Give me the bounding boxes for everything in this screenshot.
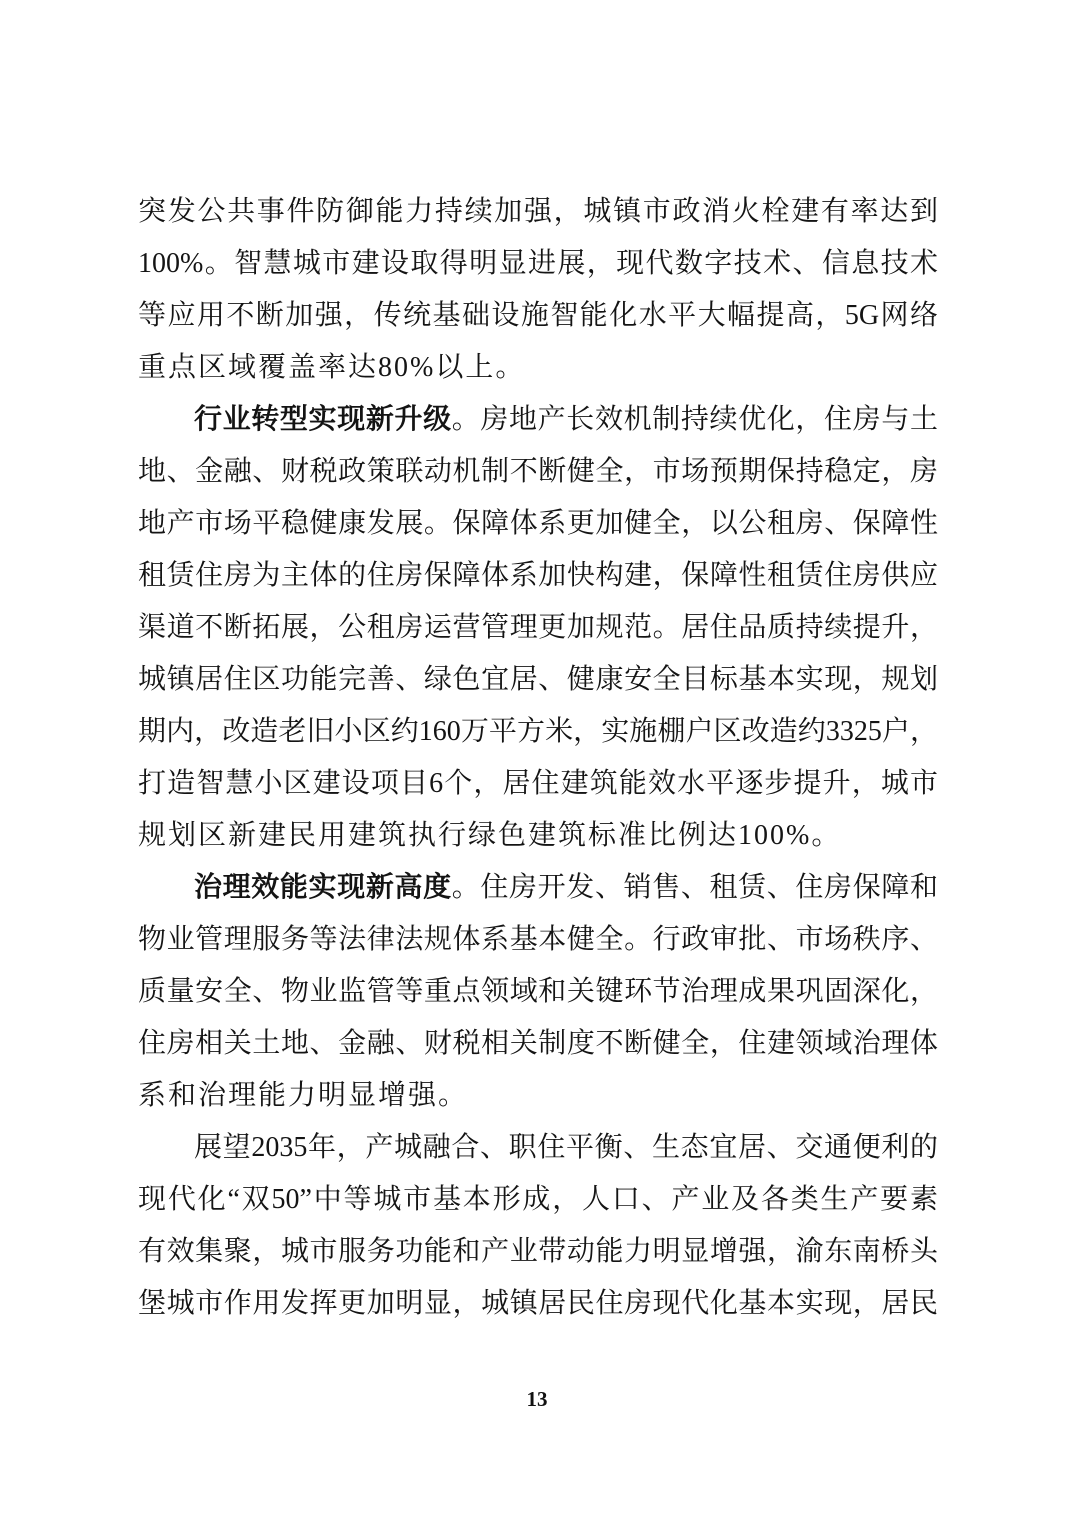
- text-line: 有效集聚，城市服务功能和产业带动能力明显增强，渝东南桥头: [138, 1226, 938, 1278]
- text-line: 质量安全、物业监管等重点领域和关键环节治理成果巩固深化，: [138, 966, 938, 1018]
- text-line: 物业管理服务等法律法规体系基本健全。行政审批、市场秩序、: [138, 914, 938, 966]
- text-line: 等应用不断加强，传统基础设施智能化水平大幅提高，5G网络: [138, 290, 938, 342]
- text-line: 期内，改造老旧小区约160万平方米，实施棚户区改造约3325户，: [138, 706, 938, 758]
- paragraph-lead-rest: 。房地产长效机制持续优化，住房与土: [452, 404, 938, 435]
- text-line: 突发公共事件防御能力持续加强，城镇市政消火栓建有率达到: [138, 186, 938, 238]
- text-line: 租赁住房为主体的住房保障体系加快构建，保障性租赁住房供应: [138, 550, 938, 602]
- paragraph-lead-rest: 。住房开发、销售、租赁、住房保障和: [452, 872, 938, 903]
- text-line: 城镇居住区功能完善、绿色宜居、健康安全目标基本实现，规划: [138, 654, 938, 706]
- text-line: 渠道不断拓展，公租房运营管理更加规范。居住品质持续提升，: [138, 602, 938, 654]
- text-line: 重点区域覆盖率达80%以上。: [138, 342, 938, 394]
- text-line: 地、金融、财税政策联动机制不断健全，市场预期保持稳定，房: [138, 446, 938, 498]
- text-line: 堡城市作用发挥更加明显，城镇居民住房现代化基本实现，居民: [138, 1278, 938, 1330]
- text-line: 系和治理能力明显增强。: [138, 1070, 938, 1122]
- text-line: 住房相关土地、金融、财税相关制度不断健全，住建领域治理体: [138, 1018, 938, 1070]
- text-line: 规划区新建民用建筑执行绿色建筑标准比例达100%。: [138, 810, 938, 862]
- document-page: 突发公共事件防御能力持续加强，城镇市政消火栓建有率达到 100%。智慧城市建设取…: [0, 0, 1074, 1519]
- text-line: 展望2035年，产城融合、职住平衡、生态宜居、交通便利的: [138, 1122, 938, 1174]
- paragraph-lead-bold: 行业转型实现新升级: [194, 404, 452, 435]
- paragraph-lead-bold: 治理效能实现新高度: [194, 872, 452, 903]
- page-number: 13: [0, 1384, 1074, 1414]
- text-line: 现代化“双50”中等城市基本形成，人口、产业及各类生产要素: [138, 1174, 938, 1226]
- document-body: 突发公共事件防御能力持续加强，城镇市政消火栓建有率达到 100%。智慧城市建设取…: [138, 186, 938, 1330]
- text-line: 治理效能实现新高度。住房开发、销售、租赁、住房保障和: [138, 862, 938, 914]
- text-line: 行业转型实现新升级。房地产长效机制持续优化，住房与土: [138, 394, 938, 446]
- text-line: 打造智慧小区建设项目6个，居住建筑能效水平逐步提升，城市: [138, 758, 938, 810]
- text-line: 地产市场平稳健康发展。保障体系更加健全，以公租房、保障性: [138, 498, 938, 550]
- text-line: 100%。智慧城市建设取得明显进展，现代数字技术、信息技术: [138, 238, 938, 290]
